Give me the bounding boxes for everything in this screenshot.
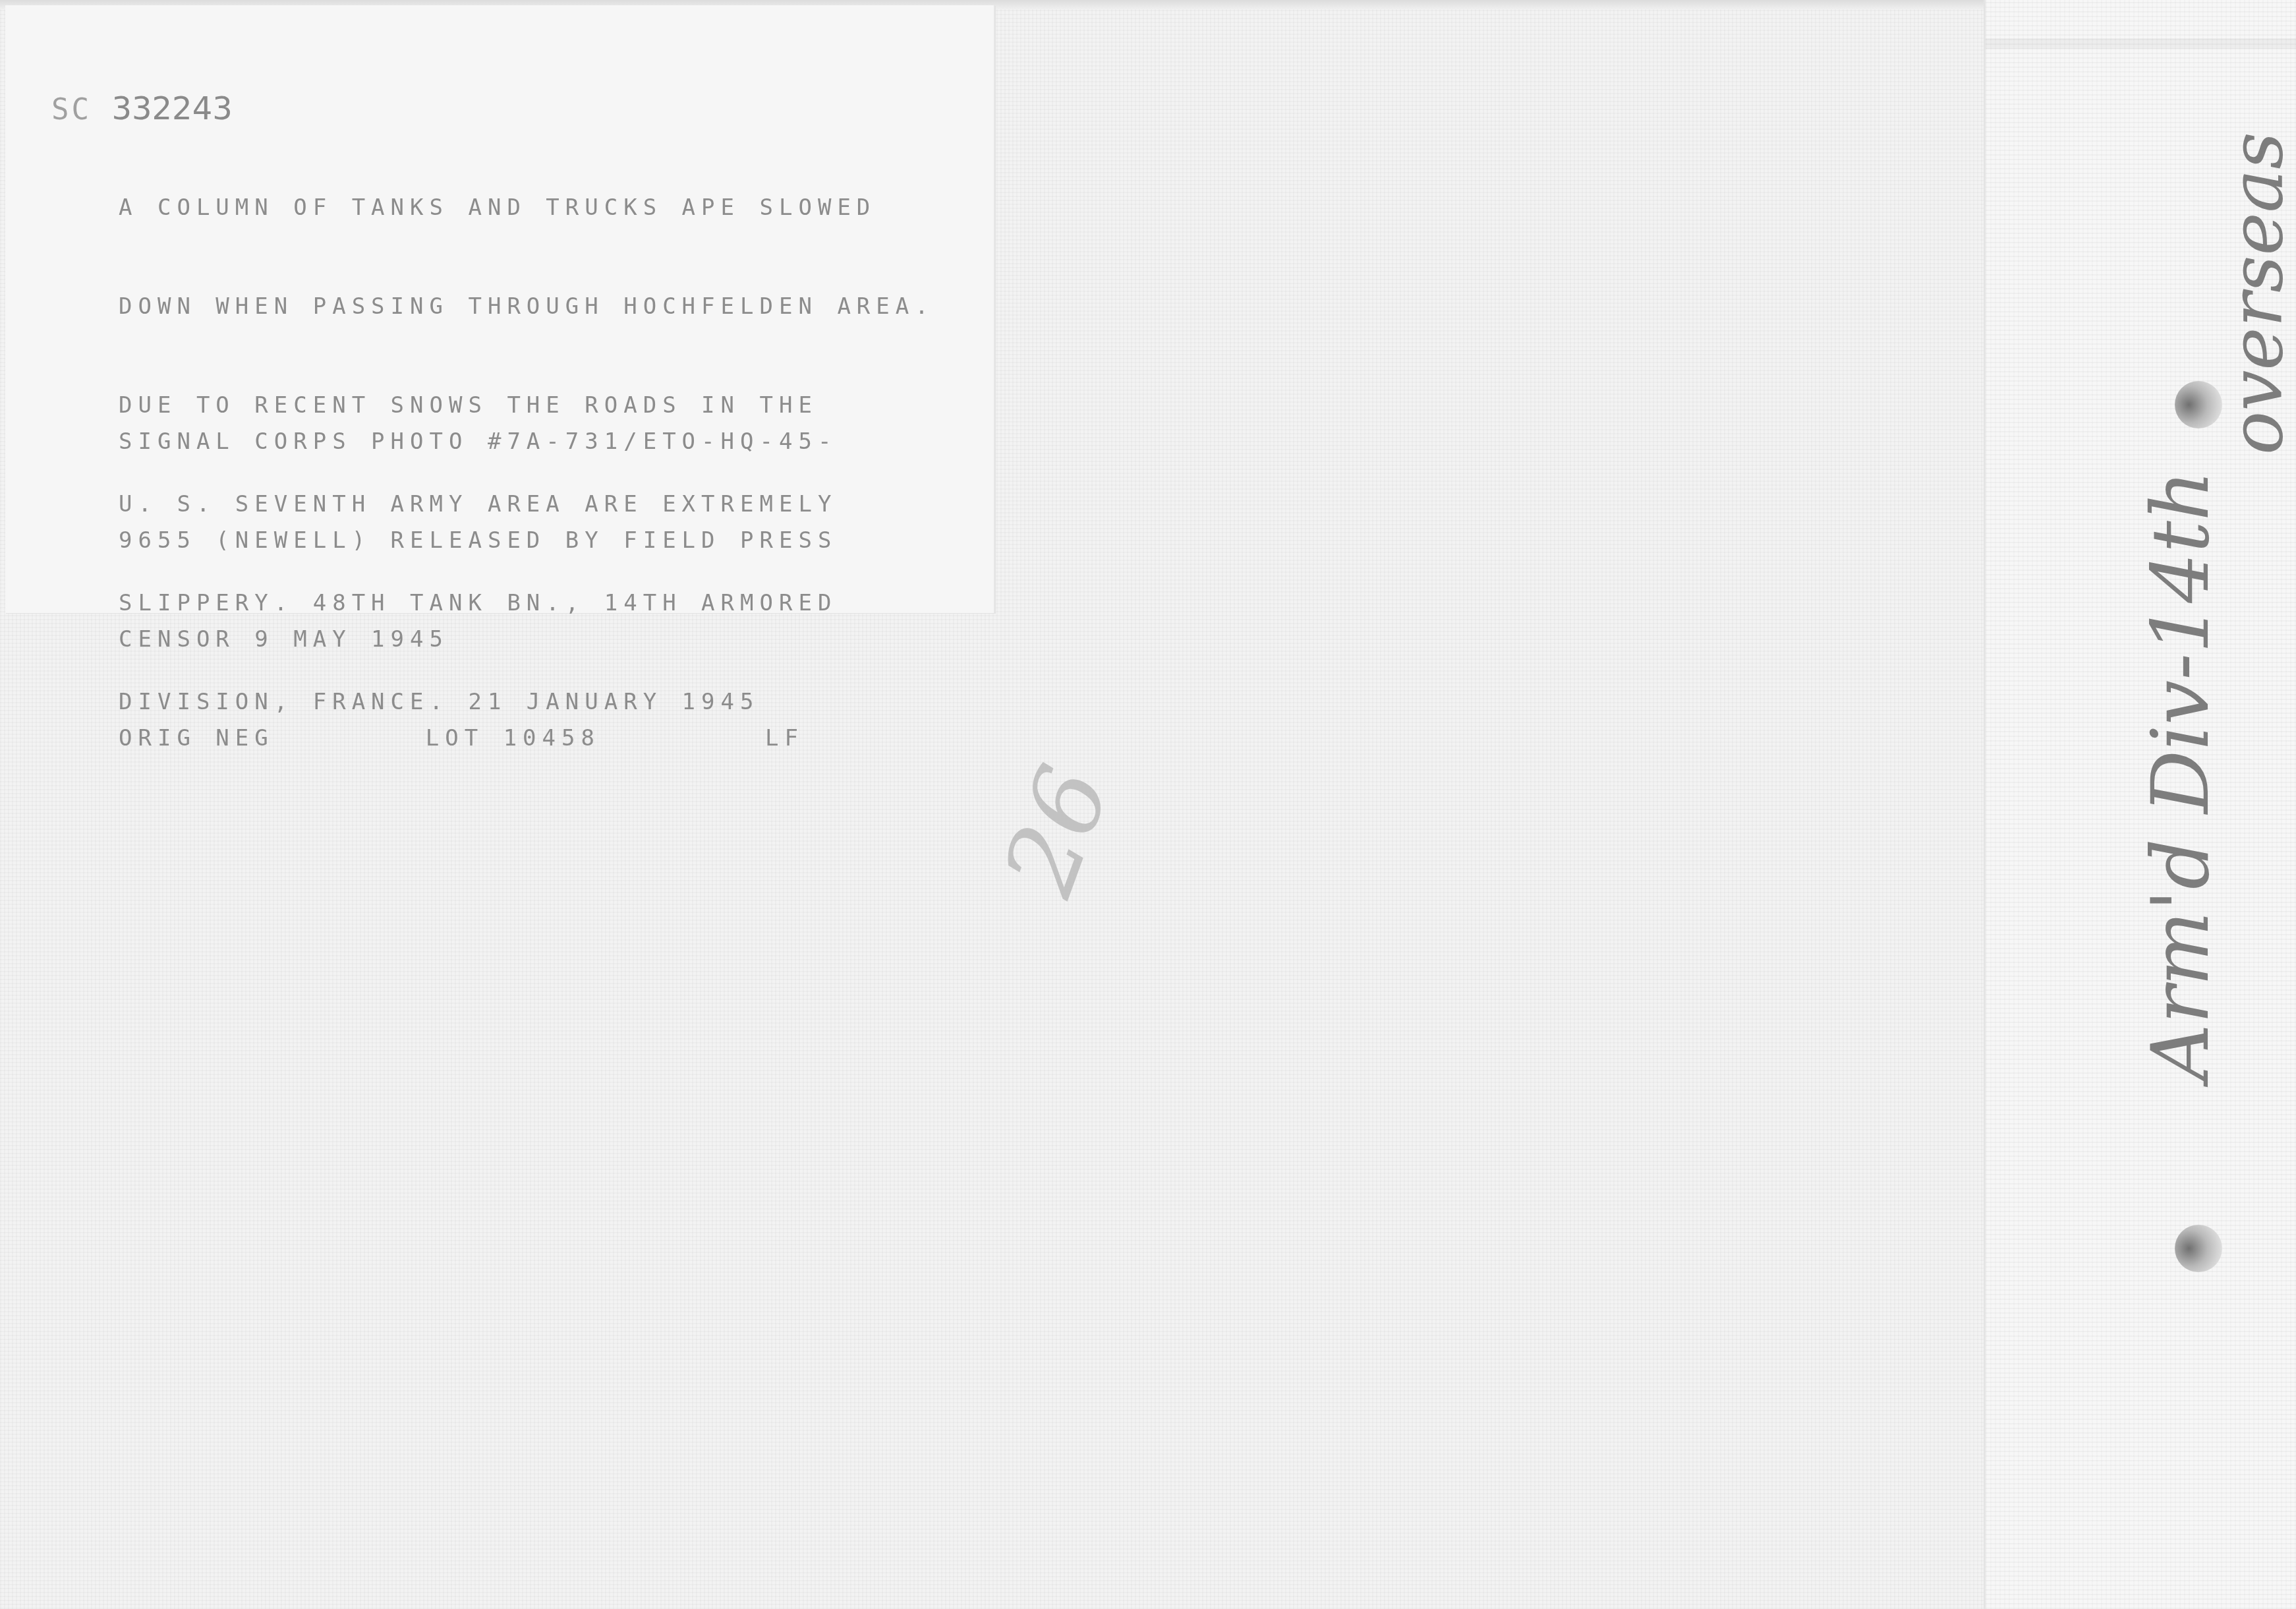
caption-id: SC 332243	[51, 92, 233, 127]
handwritten-strip-note: Arm'd Div-14th	[2135, 470, 2227, 1081]
caption-line: DOWN WHEN PASSING THROUGH HOCHFELDEN ARE…	[119, 290, 934, 323]
caption-id-prefix: SC	[51, 93, 92, 127]
handwritten-strip-note-2: overseas	[2214, 132, 2296, 455]
caption-id-number: 332243	[111, 90, 232, 127]
credit-text: SIGNAL CORPS PHOTO #7A-731/ETO-HQ-45- 96…	[119, 359, 837, 788]
credit-line: CENSOR 9 MAY 1945	[119, 623, 837, 656]
caption-line: A COLUMN OF TANKS AND TRUCKS APE SLOWED	[119, 191, 934, 224]
credit-line: SIGNAL CORPS PHOTO #7A-731/ETO-HQ-45-	[119, 425, 837, 458]
initials: LF	[765, 725, 804, 751]
credit-footer: ORIG NEGLOT 10458LF	[119, 722, 837, 755]
orig-neg-label: ORIG NEG	[119, 725, 274, 751]
strip-top-band	[1986, 38, 2296, 49]
lot-number: LOT 10458	[426, 725, 600, 751]
credit-line: 9655 (NEWELL) RELEASED BY FIELD PRESS	[119, 524, 837, 557]
punch-hole	[2175, 1225, 2222, 1272]
